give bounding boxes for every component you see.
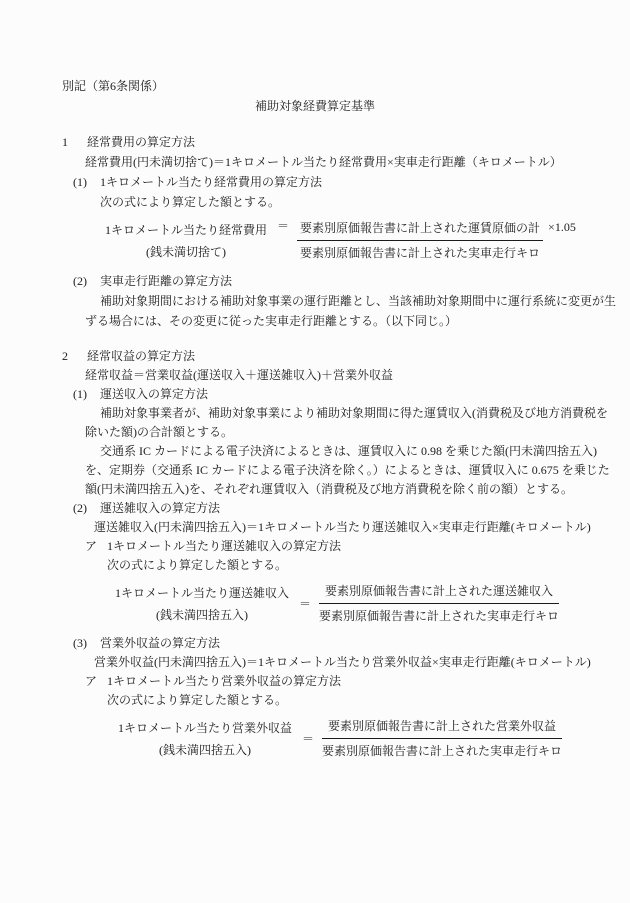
section-2-item-1-para2-line1: 交通系 IC カードによる電子決済によるときは、運賃収入に 0.98 を乗じた額… — [100, 442, 630, 461]
section-2-item-2-heading: (2)運送雑収入の算定方法 — [73, 499, 630, 518]
formula-misc-revenue-per-km: 1キロメートル当たり運送雑収入 (銭未満四捨五入) ＝ 要素別原価報告書に計上さ… — [115, 580, 630, 627]
section-2-item-2-sub-lead: 次の式により算定した額とする。 — [107, 556, 630, 575]
item-heading-text: 運送雑収入の算定方法 — [100, 501, 220, 515]
section-1-item-1-heading: (1)1キロメートル当たり経常費用の算定方法 — [73, 172, 630, 192]
fraction-denominator: 要素別原価報告書に計上された実車走行キロ — [297, 241, 543, 264]
section-1-item-2-body-line2: ずる場合には、その変更に従った実車走行距離とする。（以下同じ。） — [85, 311, 630, 331]
sub-item-heading-text: 1キロメートル当たり運送雑収入の算定方法 — [107, 539, 341, 553]
item-number: (1) — [73, 172, 100, 192]
formula-left-line2: (銭未満切捨て) — [105, 241, 267, 263]
section-2: 2経常収益の算定方法 経常収益＝営業収益(運送収入＋運送雑収入)＋営業外収益 (… — [0, 347, 630, 762]
fraction: 要素別原価報告書に計上された営業外収益 要素別原価報告書に計上された実車走行キロ — [322, 715, 562, 762]
item-number: (2) — [73, 271, 100, 291]
fraction-denominator: 要素別原価報告書に計上された実車走行キロ — [322, 739, 562, 762]
section-1-formula-line: 経常費用(円未満切捨て)＝1キロメートル当たり経常費用×実車走行距離（キロメート… — [85, 152, 630, 172]
item-number: (1) — [73, 385, 100, 404]
fraction-numerator: 要素別原価報告書に計上された運送雑収入 — [319, 580, 559, 604]
section-2-item-3-formula-line: 営業外収益(円未満四捨五入)＝1キロメートル当たり営業外収益×実車走行距離(キロ… — [94, 653, 630, 672]
section-2-item-3-sub-lead: 次の式により算定した額とする。 — [107, 691, 630, 710]
section-2-heading: 2経常収益の算定方法 — [62, 347, 630, 366]
item-heading-text: 運送収入の算定方法 — [100, 387, 208, 401]
section-1-heading-text: 経常費用の算定方法 — [87, 135, 195, 149]
section-2-item-1-para1-line2: 除いた額)の合計額とする。 — [85, 423, 630, 442]
section-2-item-1-para2-line2: を、定期券（交通系 IC カードによる電子決済を除く。）によるときは、運賃収入に… — [85, 461, 630, 480]
formula-cost-per-km: 1キロメートル当たり経常費用 (銭未満切捨て) ＝ 要素別原価報告書に計上された… — [105, 217, 630, 264]
fraction-numerator: 要素別原価報告書に計上された運賃原価の計 — [297, 217, 543, 241]
equals-sign: ＝ — [299, 593, 311, 615]
formula-multiplier: ×1.05 — [548, 216, 576, 238]
doc-title: 補助対象経費算定基準 — [0, 96, 630, 116]
equals-sign: ＝ — [277, 215, 289, 237]
formula-left-line1: 1キロメートル当たり営業外収益 — [118, 717, 292, 739]
section-1-item-2-body-line1: 補助対象期間における補助対象事業の運行距離とし、当該補助対象期間中に運行系統に変… — [100, 291, 630, 311]
section-2-item-1-heading: (1)運送収入の算定方法 — [73, 385, 630, 404]
section-1-number: 1 — [62, 132, 87, 152]
document-page: 別記（第6条関係） 補助対象経費算定基準 1経常費用の算定方法 経常費用(円未満… — [0, 0, 630, 903]
sub-item-number: ア — [85, 672, 107, 691]
section-2-heading-text: 経常収益の算定方法 — [87, 349, 195, 363]
section-2-item-2-formula-line: 運送雑収入(円未満四捨五入)＝1キロメートル当たり運送雑収入×実車走行距離(キロ… — [94, 518, 630, 537]
item-heading-text: 実車走行距離の算定方法 — [100, 274, 232, 288]
formula-left-label: 1キロメートル当たり営業外収益 (銭未満四捨五入) — [118, 717, 292, 761]
fraction-denominator: 要素別原価報告書に計上された実車走行キロ — [319, 604, 559, 627]
section-2-item-3-sub-heading: ア1キロメートル当たり営業外収益の算定方法 — [85, 672, 630, 691]
formula-left-line1: 1キロメートル当たり経常費用 — [105, 219, 267, 241]
section-2-item-3-heading: (3)営業外収益の算定方法 — [73, 634, 630, 653]
section-2-number: 2 — [62, 347, 87, 366]
formula-left-label: 1キロメートル当たり運送雑収入 (銭未満四捨五入) — [115, 582, 289, 626]
section-1-heading: 1経常費用の算定方法 — [62, 132, 630, 152]
equals-sign: ＝ — [302, 728, 314, 750]
section-1-item-2-heading: (2)実車走行距離の算定方法 — [73, 271, 630, 291]
formula-left-label: 1キロメートル当たり経常費用 (銭未満切捨て) — [105, 219, 267, 263]
section-2-item-1-para1-line1: 補助対象事業者が、補助対象事業により補助対象期間に得た運賃収入(消費税及び地方消… — [100, 404, 630, 423]
sub-item-heading-text: 1キロメートル当たり営業外収益の算定方法 — [107, 674, 341, 688]
item-heading-text: 1キロメートル当たり経常費用の算定方法 — [100, 175, 322, 189]
fraction: 要素別原価報告書に計上された運送雑収入 要素別原価報告書に計上された実車走行キロ — [319, 580, 559, 627]
section-2-item-1-para2-line3: 額(円未満四捨五入)を、それぞれ運賃収入（消費税及び地方消費税を除く前の額）とす… — [85, 480, 630, 499]
formula-left-line2: (銭未満四捨五入) — [115, 604, 289, 626]
formula-left-line1: 1キロメートル当たり運送雑収入 — [115, 582, 289, 604]
fraction-numerator: 要素別原価報告書に計上された営業外収益 — [322, 715, 562, 739]
formula-left-line2: (銭未満四捨五入) — [118, 739, 292, 761]
item-number: (3) — [73, 634, 100, 653]
fraction: 要素別原価報告書に計上された運賃原価の計 要素別原価報告書に計上された実車走行キ… — [297, 217, 543, 264]
doc-reference: 別記（第6条関係） — [62, 76, 630, 96]
item-number: (2) — [73, 499, 100, 518]
sub-item-number: ア — [85, 537, 107, 556]
section-2-formula-line: 経常収益＝営業収益(運送収入＋運送雑収入)＋営業外収益 — [85, 366, 630, 385]
formula-nonoperating-revenue-per-km: 1キロメートル当たり営業外収益 (銭未満四捨五入) ＝ 要素別原価報告書に計上さ… — [118, 715, 630, 762]
item-heading-text: 営業外収益の算定方法 — [100, 636, 220, 650]
section-1-item-1-lead: 次の式により算定した額とする。 — [100, 192, 630, 212]
section-2-item-2-sub-heading: ア1キロメートル当たり運送雑収入の算定方法 — [85, 537, 630, 556]
section-1: 1経常費用の算定方法 経常費用(円未満切捨て)＝1キロメートル当たり経常費用×実… — [0, 132, 630, 331]
